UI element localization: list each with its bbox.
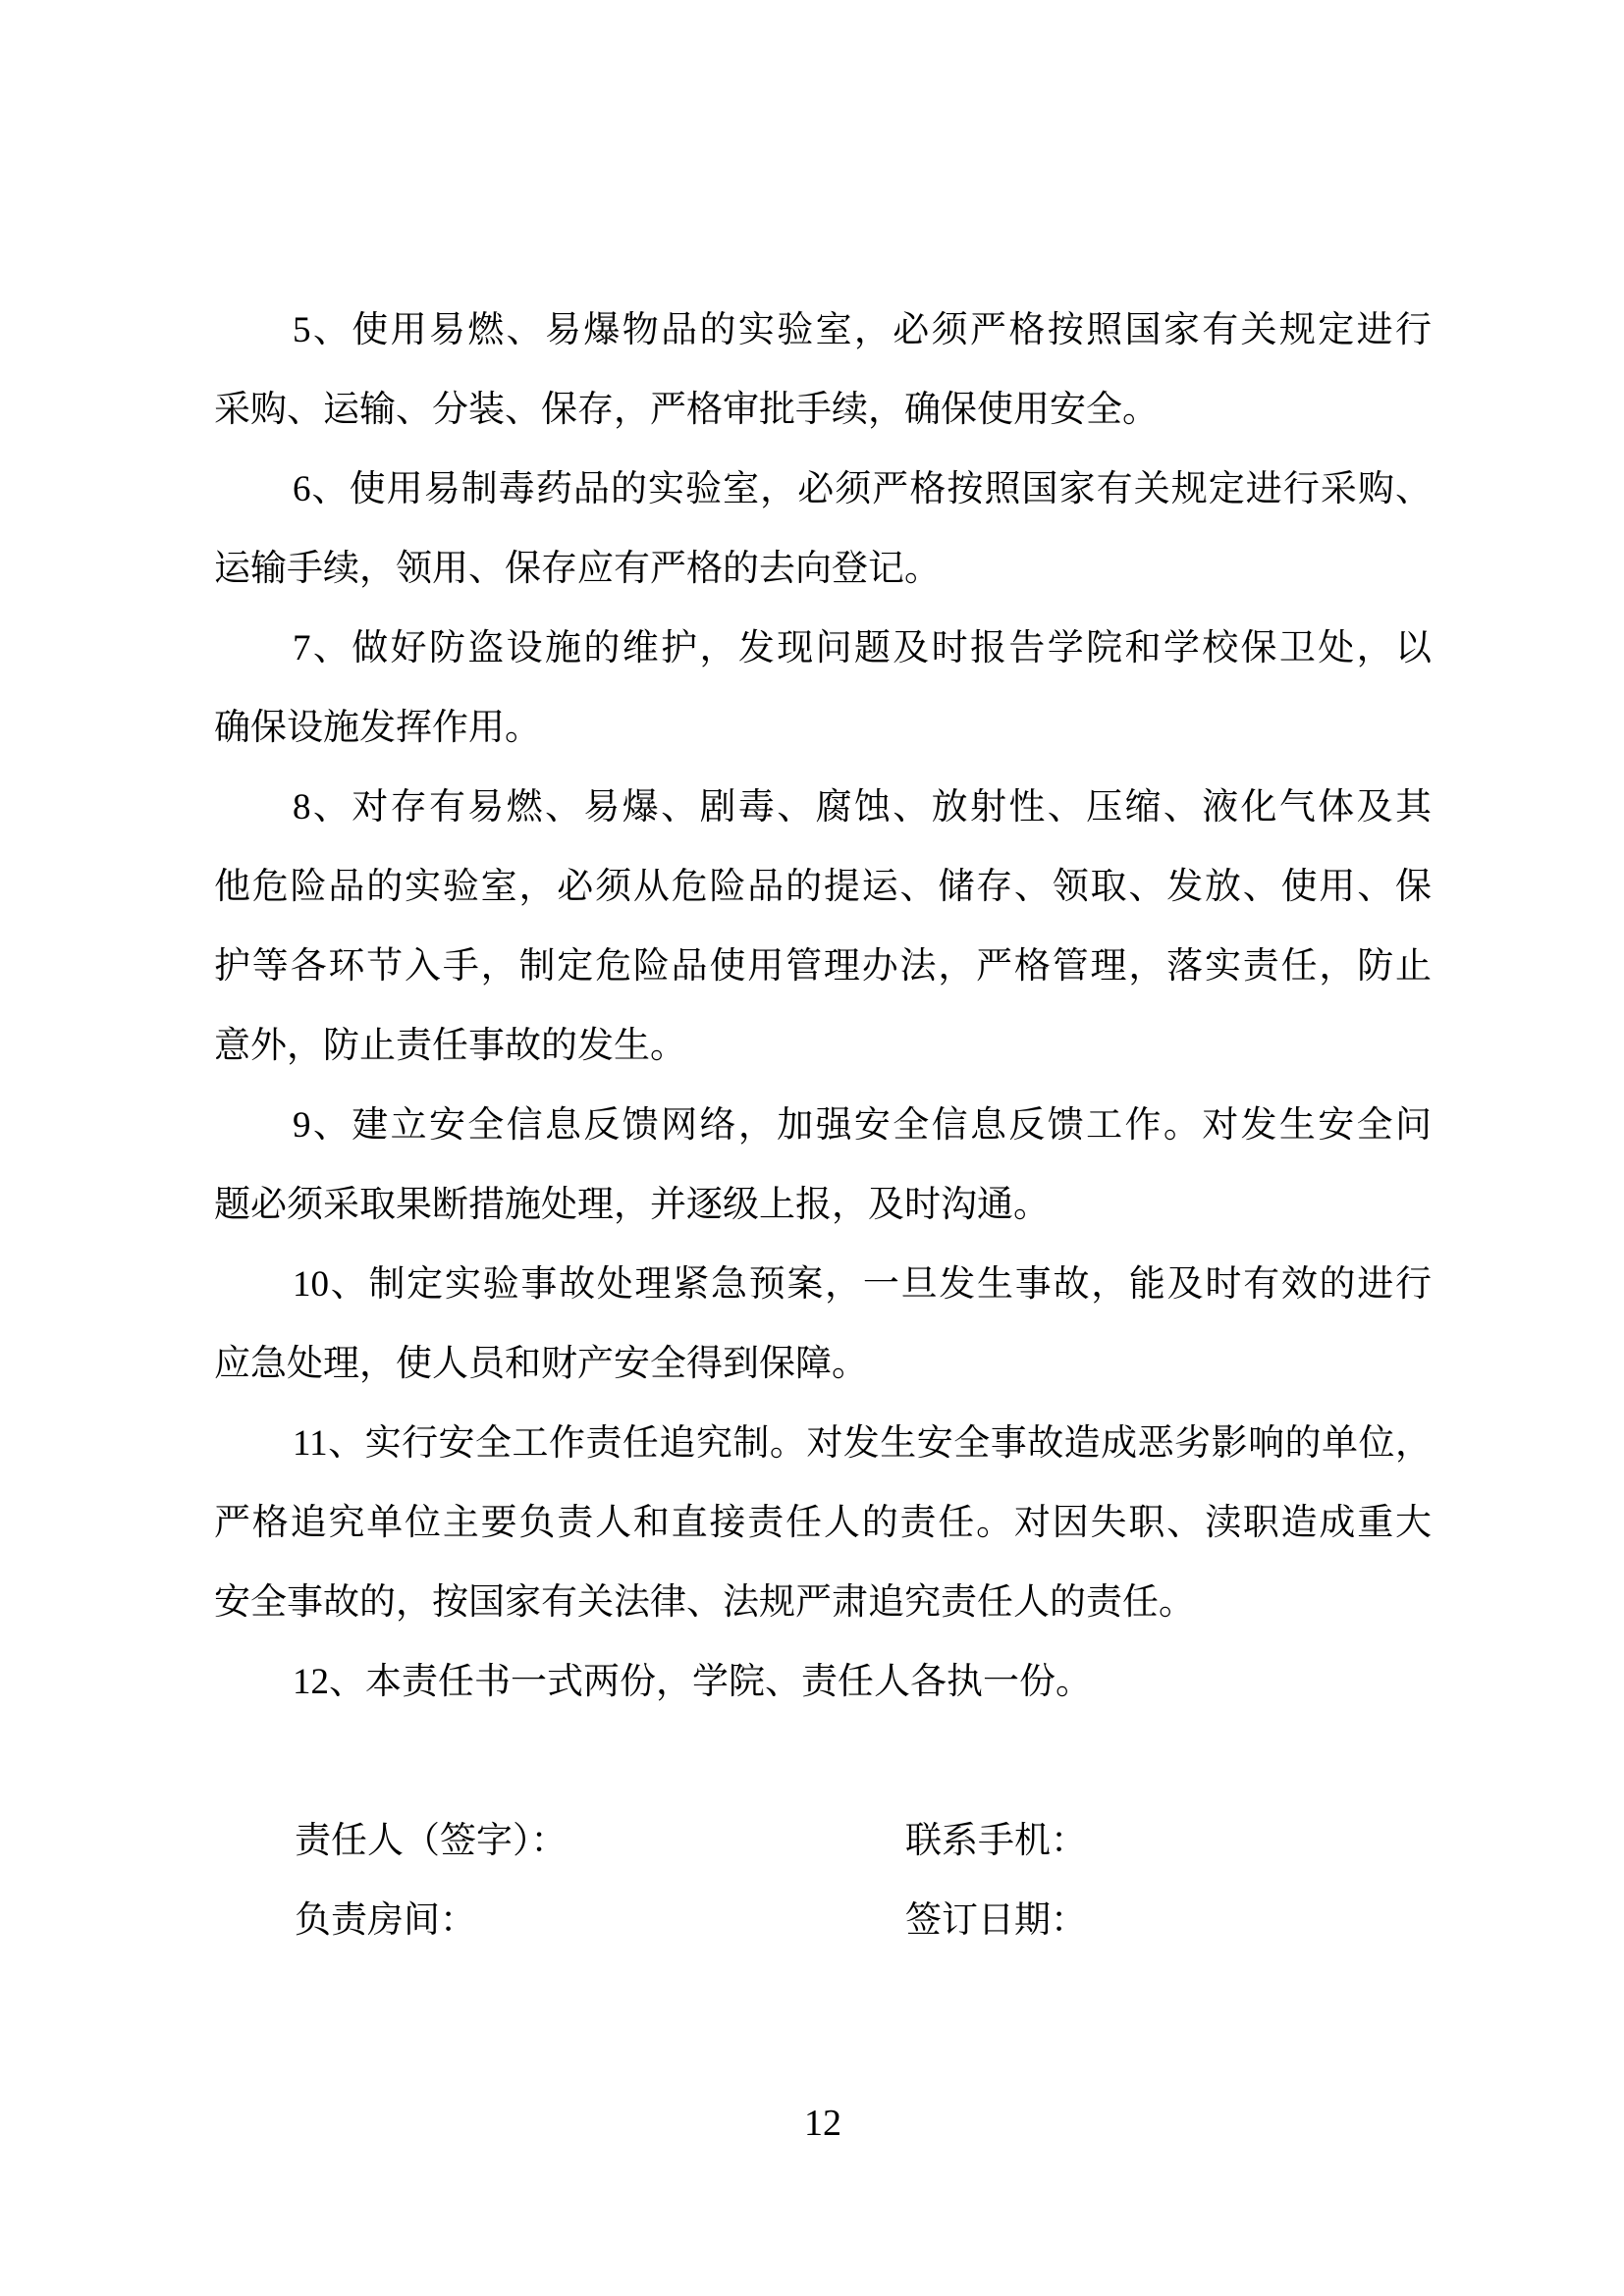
- document-page: 5、使用易燃、易爆物品的实验室，必须严格按照国家有关规定进行采购、运输、分装、保…: [0, 0, 1624, 2296]
- text-line: 严格追究单位主要负责人和直接责任人的责任。对因失职、渎职造成重大: [214, 1483, 1432, 1563]
- paragraph-item-7: 7、做好防盗设施的维护，发现问题及时报告学院和学校保卫处，以确保设施发挥作用。: [214, 609, 1432, 768]
- text-line: 他危险品的实验室，必须从危险品的提运、储存、领取、发放、使用、保: [214, 847, 1432, 927]
- page-number: 12: [804, 2101, 841, 2146]
- paragraph-item-10: 10、制定实验事故处理紧急预案，一旦发生事故，能及时有效的进行应急处理，使人员和…: [214, 1245, 1432, 1404]
- text-line: 意外，防止责任事故的发生。: [214, 1006, 1432, 1086]
- text-line: 7、做好防盗设施的维护，发现问题及时报告学院和学校保卫处，以: [214, 609, 1432, 688]
- responsible-room-label: 负责房间：: [295, 1881, 476, 1960]
- paragraph-item-11: 11、实行安全工作责任追究制。对发生安全事故造成恶劣影响的单位，严格追究单位主要…: [214, 1404, 1432, 1642]
- document-body: 5、使用易燃、易爆物品的实验室，必须严格按照国家有关规定进行采购、运输、分装、保…: [214, 291, 1432, 1960]
- paragraph-item-5: 5、使用易燃、易爆物品的实验室，必须严格按照国家有关规定进行采购、运输、分装、保…: [214, 291, 1432, 450]
- signature-row: 责任人（签字）：联系手机：: [214, 1801, 1432, 1881]
- paragraph-item-9: 9、建立安全信息反馈网络，加强安全信息反馈工作。对发生安全问题必须采取果断措施处…: [214, 1086, 1432, 1245]
- paragraph-item-8: 8、对存有易燃、易爆、剧毒、腐蚀、放射性、压缩、液化气体及其他危险品的实验室，必…: [214, 768, 1432, 1086]
- contact-phone-label: 联系手机：: [905, 1801, 1087, 1881]
- signature-row: 负责房间：签订日期：: [214, 1881, 1432, 1960]
- text-line: 护等各环节入手，制定危险品使用管理办法，严格管理，落实责任，防止: [214, 927, 1432, 1006]
- text-line: 6、使用易制毒药品的实验室，必须严格按照国家有关规定进行采购、: [214, 450, 1432, 529]
- signing-date-label: 签订日期：: [905, 1881, 1087, 1960]
- text-line: 确保设施发挥作用。: [214, 688, 1432, 768]
- text-line: 题必须采取果断措施处理，并逐级上报，及时沟通。: [214, 1165, 1432, 1245]
- text-line: 8、对存有易燃、易爆、剧毒、腐蚀、放射性、压缩、液化气体及其: [214, 768, 1432, 847]
- text-line: 9、建立安全信息反馈网络，加强安全信息反馈工作。对发生安全问: [214, 1086, 1432, 1165]
- responsible-person-signature-label: 责任人（签字）：: [295, 1801, 568, 1881]
- blank-line: [214, 1722, 1432, 1801]
- page-footer: 12: [0, 2101, 1624, 2146]
- text-line: 5、使用易燃、易爆物品的实验室，必须严格按照国家有关规定进行: [214, 291, 1432, 370]
- text-line: 应急处理，使人员和财产安全得到保障。: [214, 1324, 1432, 1404]
- text-line: 12、本责任书一式两份，学院、责任人各执一份。: [214, 1642, 1432, 1722]
- paragraph-item-12: 12、本责任书一式两份，学院、责任人各执一份。: [214, 1642, 1432, 1722]
- text-line: 运输手续，领用、保存应有严格的去向登记。: [214, 529, 1432, 609]
- text-line: 11、实行安全工作责任追究制。对发生安全事故造成恶劣影响的单位，: [214, 1404, 1432, 1483]
- text-line: 安全事故的，按国家有关法律、法规严肃追究责任人的责任。: [214, 1563, 1432, 1642]
- paragraph-item-6: 6、使用易制毒药品的实验室，必须严格按照国家有关规定进行采购、运输手续，领用、保…: [214, 450, 1432, 609]
- text-line: 采购、运输、分装、保存，严格审批手续，确保使用安全。: [214, 370, 1432, 450]
- text-line: 10、制定实验事故处理紧急预案，一旦发生事故，能及时有效的进行: [214, 1245, 1432, 1324]
